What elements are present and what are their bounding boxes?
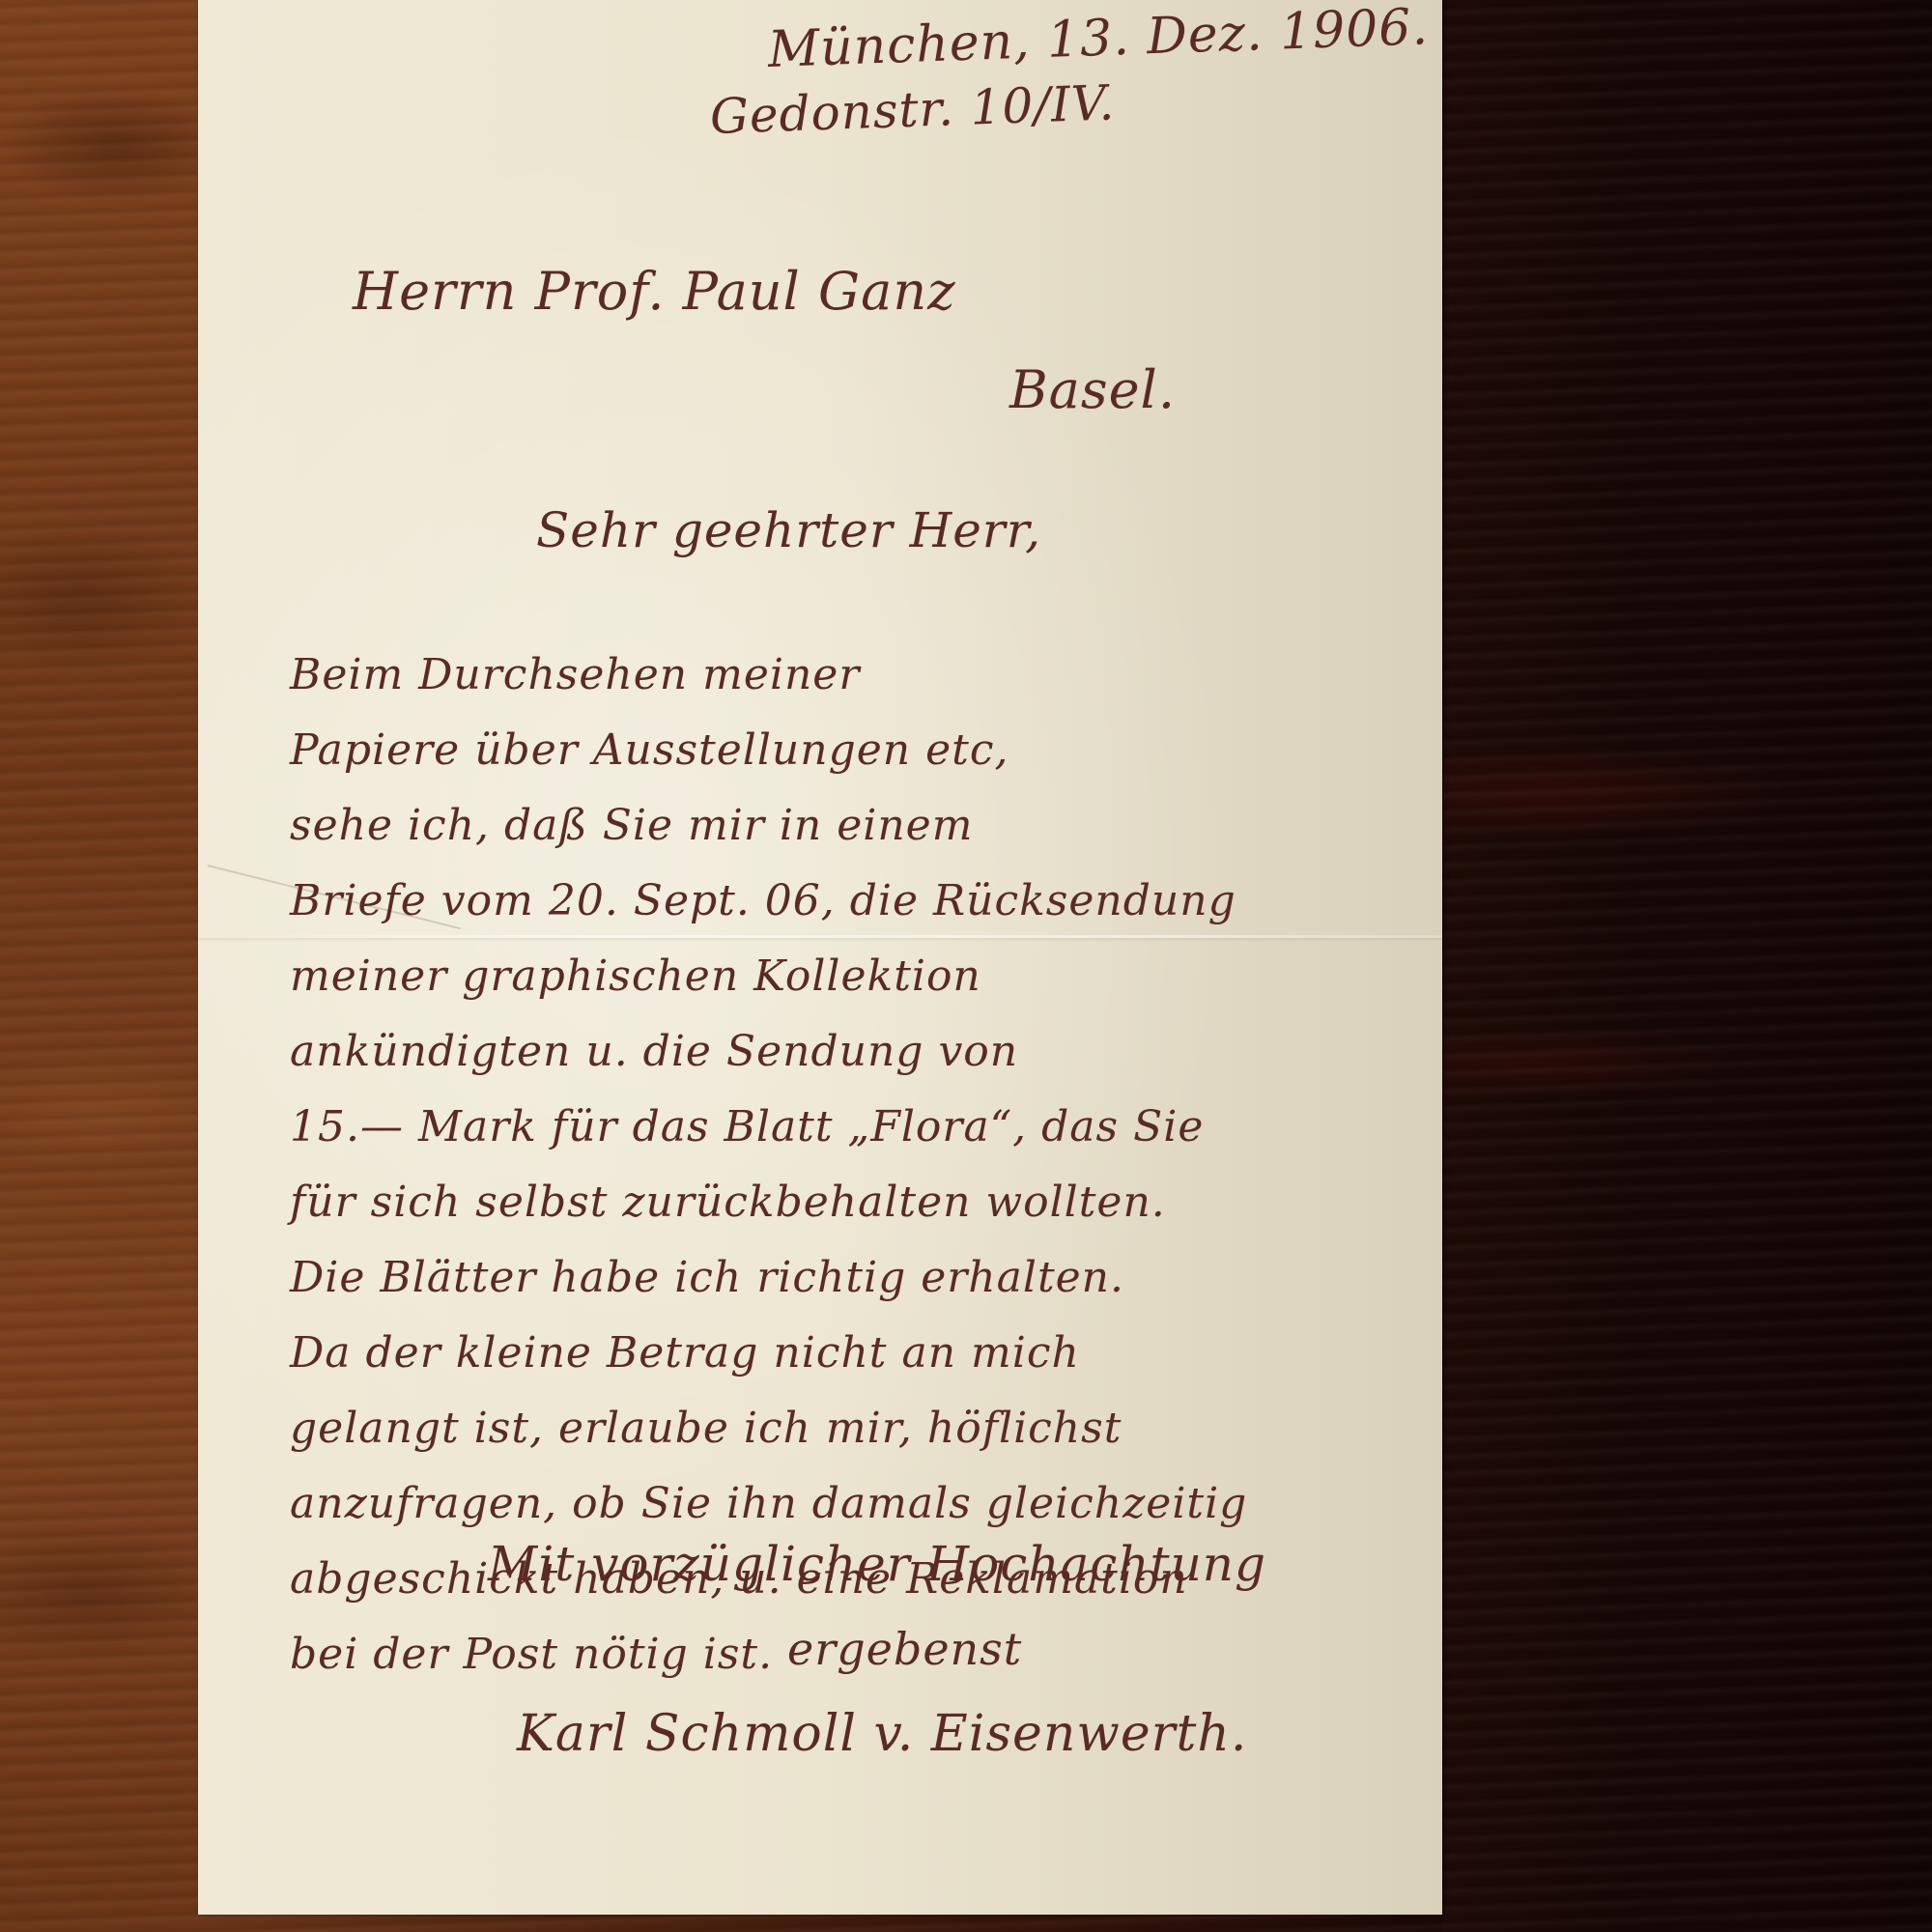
closing-word: ergebenst [787, 1623, 1022, 1675]
recipient-name: Herrn Prof. Paul Ganz [353, 261, 956, 322]
body-line: Briefe vom 20. Sept. 06, die Rücksendung [290, 864, 1247, 939]
body-line: sehe ich, daß Sie mir in einem [290, 788, 1247, 864]
wood-table-bottom [198, 1915, 1442, 1932]
sender-address: Gedonstr. 10/IV. [709, 74, 1116, 145]
body-line: für sich selbst zurückbehalten wollten. [290, 1165, 1247, 1240]
body-line: Die Blätter habe ich richtig erhalten. [290, 1240, 1247, 1316]
body-line: ankündigten u. die Sendung von [290, 1014, 1247, 1090]
wood-table-left [0, 0, 198, 1932]
body-line: meiner graphischen Kollektion [290, 939, 1247, 1014]
body-line: gelangt ist, erlaube ich mir, höflichst [290, 1391, 1247, 1466]
wood-table-right [1442, 0, 1932, 1932]
signature: Karl Schmoll v. Eisenwerth. [517, 1705, 1247, 1763]
salutation: Sehr geehrter Herr, [536, 502, 1041, 558]
letter-body: Beim Durchsehen meiner Papiere über Auss… [290, 638, 1247, 1692]
closing-phrase: Mit vorzüglicher Hochachtung [488, 1536, 1266, 1592]
body-line: Beim Durchsehen meiner [290, 638, 1247, 713]
body-line: Da der kleine Betrag nicht an mich [290, 1316, 1247, 1391]
recipient-city: Basel. [1009, 359, 1176, 420]
body-line: bei der Post nötig ist. [290, 1617, 1247, 1692]
place-date: München, 13. Dez. 1906. [767, 0, 1430, 79]
body-line: Papiere über Ausstellungen etc, [290, 713, 1247, 788]
letter-sheet: München, 13. Dez. 1906. Gedonstr. 10/IV.… [198, 0, 1442, 1915]
body-line: 15.— Mark für das Blatt „Flora“, das Sie [290, 1090, 1247, 1165]
body-line: anzufragen, ob Sie ihn damals gleichzeit… [290, 1466, 1247, 1542]
